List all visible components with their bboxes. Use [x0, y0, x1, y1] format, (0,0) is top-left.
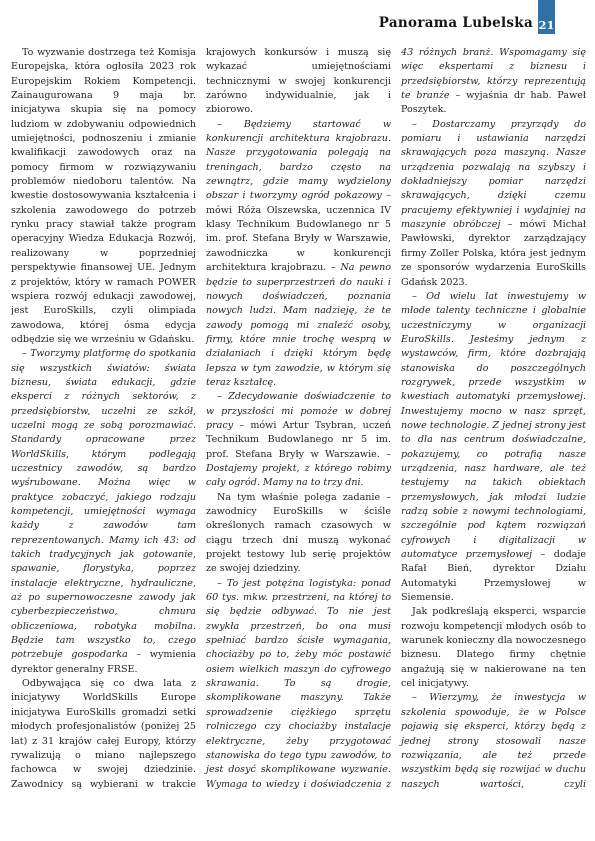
- article-paragraph: – Od wielu lat inwestujemy w młode talen…: [401, 290, 586, 606]
- article-paragraph: Na tym właśnie polega zadanie – zawodnic…: [206, 491, 391, 577]
- article-paragraph: To wyzwanie dostrzega też Komisja Europe…: [11, 46, 196, 347]
- quote-segment: – Dostarczamy przyrządy do pomiaru i ust…: [401, 119, 586, 230]
- article-paragraph: Jak podkreślają eksperci, wsparcie rozwo…: [401, 605, 586, 691]
- publication-title: Panorama Lubelska: [0, 15, 533, 31]
- text-segment: Na tym właśnie polega zadanie – zawodnic…: [206, 492, 391, 575]
- page-number-badge: 21: [538, 0, 555, 34]
- quote-segment: – Będziemy startować w konkurencji archi…: [206, 119, 391, 202]
- text-segment: Jak podkreślają eksperci, wsparcie rozwo…: [401, 606, 586, 689]
- newspaper-page: Panorama Lubelska 21 To wyzwanie dostrze…: [0, 0, 595, 841]
- text-segment: – mówi Róża Olszewska, uczennica IV klas…: [206, 190, 391, 273]
- text-segment: To wyzwanie dostrzega też Komisja Europe…: [11, 47, 196, 345]
- page-number: 21: [538, 18, 554, 32]
- quote-segment: – Na pewno będzie to superprzestrzeń do …: [206, 262, 391, 388]
- quote-segment: – Tworzymy platformę do spotkania się ws…: [11, 348, 196, 660]
- article-body: To wyzwanie dostrzega też Komisja Europe…: [11, 46, 586, 804]
- article-paragraph: – Dostarczamy przyrządy do pomiaru i ust…: [401, 118, 586, 290]
- article-paragraph: – Tworzymy platformę do spotkania się ws…: [11, 347, 196, 677]
- quote-segment: – Od wielu lat inwestujemy w młode talen…: [401, 291, 586, 560]
- quote-segment: Dostajemy projekt, z którego robimy cały…: [206, 463, 391, 488]
- article-paragraph: – Będziemy startować w konkurencji archi…: [206, 118, 391, 391]
- article-paragraph: – Zdecydowanie doświadczenie to w przysz…: [206, 390, 391, 490]
- text-segment: – mówi Artur Tsybran, uczeń Technikum Bu…: [206, 420, 391, 460]
